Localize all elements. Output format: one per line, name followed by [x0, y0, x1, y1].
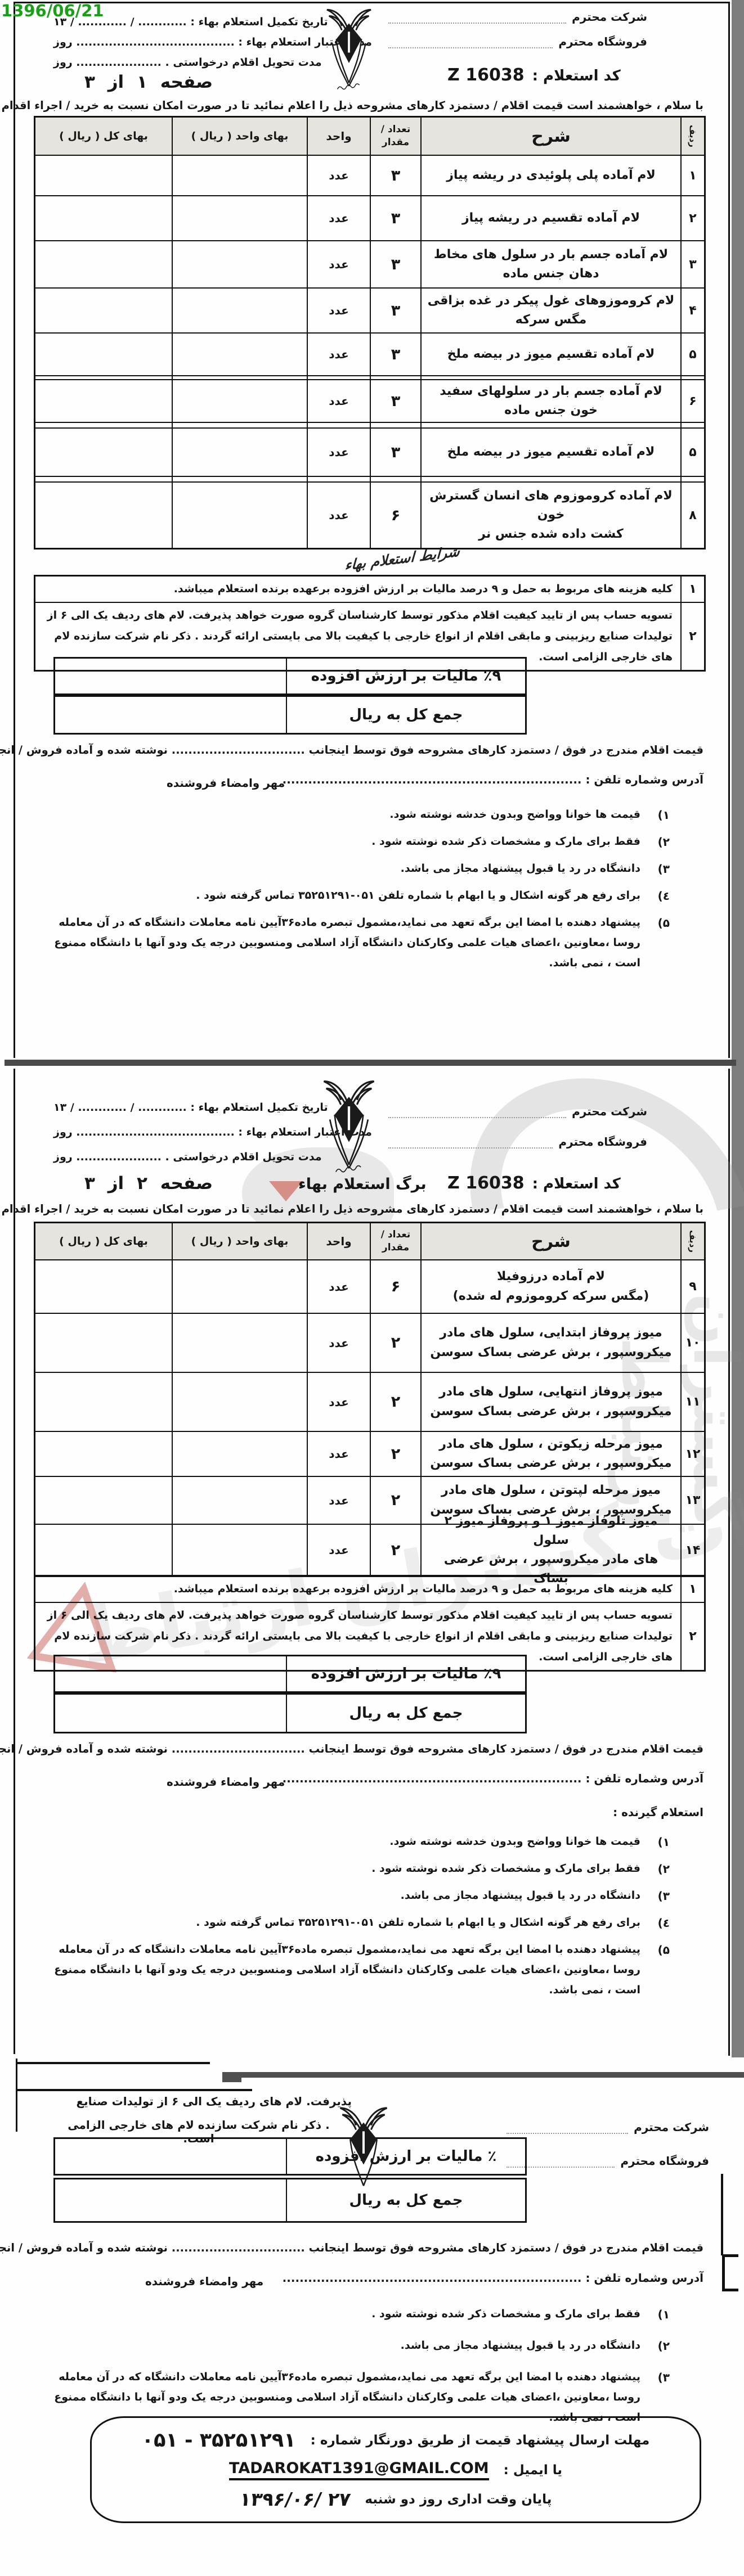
scan-border-right-p1 [728, 2, 730, 1058]
vat-box-page1: ٪۹ مالیات بر ارزش افزوده [53, 657, 527, 695]
sheet-title: برگ استعلام بهاء [298, 1176, 427, 1193]
col-unitprice-header: بهای واحد ( ریال ) [172, 1223, 307, 1260]
col-row-header: ردیف [681, 1223, 705, 1260]
inquiry-row: ۴ لام کروموزوهای غول پیکر در غده بزاقی م… [35, 288, 705, 333]
item-qty: ۲ [370, 1524, 421, 1576]
total-amount-blank [55, 2179, 286, 2221]
inquiry-row: ۱۰ میوز پروفاز ابتدایی، سلول های مادر می… [35, 1313, 705, 1372]
item-unit: عدد [307, 1313, 370, 1372]
deadline-fax-line: مهلت ارسال پیشنهاد قیمت از طریق دورنگار … [142, 2429, 649, 2452]
note-number: ۳) [649, 858, 670, 880]
note-text: قیمت ها خوانا وواضح وبدون خدشه نوشته شود… [389, 1831, 640, 1853]
deadline-email-line: یا ایمیل : TADAROKAT1391@GMAIL.COM [229, 2460, 562, 2480]
intro-line: با سلام ، خواهشمند است قیمت اقلام / دستم… [0, 99, 703, 112]
item-unit: عدد [307, 1431, 370, 1476]
note-item: ۱) قیمت ها خوانا وواضح وبدون خدشه نوشته … [389, 804, 670, 826]
vat-label: ٪۹ مالیات بر ارزش افزوده [286, 659, 525, 693]
item-desc: میوز پروفاز ابتدایی، سلول های مادر میکرو… [421, 1313, 681, 1372]
item-qty: ۶ [370, 1260, 421, 1313]
item-unit: عدد [307, 1260, 370, 1313]
item-totalprice-blank [35, 1431, 172, 1476]
inquiry-row: ۵ لام آماده تقسیم میوز در بیضه ملخ ۳ عدد [35, 428, 705, 476]
note-text: فقط برای مارک و مشخصات ذکر شده نوشته شود… [371, 2304, 640, 2325]
item-desc: میوز مرحله زیکوتن ، سلول های مادر میکروس… [421, 1431, 681, 1476]
table-header-row: ردیف شرح تعداد / مقدار واحد بهای واحد ( … [35, 117, 705, 155]
items-table-page2: ردیف شرح تعداد / مقدار واحد بهای واحد ( … [34, 1222, 706, 1577]
note-number: ۵) [649, 912, 670, 973]
spacer-row [35, 376, 705, 380]
table-header-row: ردیف شرح تعداد / مقدار واحد بهای واحد ( … [35, 1223, 705, 1260]
item-no: ۱۱ [681, 1372, 705, 1431]
item-desc: لام آماده درزوفیلا (مگس سرکه کروموزوم له… [421, 1260, 681, 1313]
item-no: ۴ [681, 288, 705, 333]
note-number: ۲) [649, 831, 670, 853]
inquiry-code-line: کد استعلام : Z 16038 [447, 1173, 621, 1193]
item-desc: لام آماده تقسیم میوز در بیضه ملخ [421, 333, 681, 376]
item-totalprice-blank [35, 1524, 172, 1576]
item-unitprice-blank [172, 428, 307, 476]
inquiry-code-label: کد استعلام : [532, 1176, 621, 1192]
item-totalprice-blank [35, 196, 172, 241]
item-no: ۱۴ [681, 1524, 705, 1576]
inquiry-code-label: کد استعلام : [532, 67, 621, 84]
note-item: ٤) برای رفع هر گونه اشکال و یا ابهام با … [196, 885, 670, 907]
col-desc-header: شرح [421, 117, 681, 155]
company-label: شرکت محترم [572, 1105, 647, 1118]
scan-vline-artifact [721, 2174, 723, 2255]
total-amount-blank [55, 1695, 286, 1732]
store-line: فروشگاه محترم [388, 1135, 647, 1149]
note-number: ۲) [649, 1858, 670, 1880]
condition-no: ۱ [681, 576, 705, 602]
note-text: پیشنهاد دهنده با امضا این برگه تعهد می ن… [48, 1939, 640, 2000]
condition-no: ۱ [681, 1576, 705, 1602]
item-unitprice-blank [172, 288, 307, 333]
item-unit: عدد [307, 1524, 370, 1576]
note-item: ٤) برای رفع هر گونه اشکال و یا ابهام با … [196, 1912, 670, 1934]
inquiry-row: ۱۱ میوز پروفاز انتهایی، سلول های مادر می… [35, 1372, 705, 1431]
note-number: ۱) [649, 1831, 670, 1853]
item-desc: لام آماده پلی پلوئیدی در ریشه پیاز [421, 155, 681, 196]
total-box-page3: جمع کل به ریال [53, 2178, 527, 2223]
note-text: فقط برای مارک و مشخصات ذکر شده نوشته شود… [371, 831, 640, 853]
item-no: ۶ [681, 380, 705, 422]
condition-fragment-line: پذیرفت. لام های ردیف یک الی ۶ از تولیدات… [53, 2095, 352, 2108]
note-item: ۵) پیشنهاد دهنده با امضا این برگه تعهد م… [48, 1939, 670, 2000]
item-unit: عدد [307, 482, 370, 548]
condition-row: ۱ کلیه هزینه های مربوط به حمل و ۹ درصد م… [35, 1576, 705, 1602]
note-text: برای رفع هر گونه اشکال و یا ابهام با شما… [196, 1912, 640, 1934]
item-no: ۵ [681, 428, 705, 476]
note-item: ۲) فقط برای مارک و مشخصات ذکر شده نوشته … [371, 831, 670, 853]
inquiry-code-value: Z 16038 [447, 65, 525, 85]
item-totalprice-blank [35, 333, 172, 376]
note-text: پیشنهاد دهنده با امضا این برگه تعهد می ن… [48, 912, 640, 973]
item-qty: ۳ [370, 380, 421, 422]
inquiry-row: ۱ لام آماده پلی پلوئیدی در ریشه پیاز ۳ ع… [35, 155, 705, 196]
note-item: ۳) دانشگاه در رد یا قبول پیشنهاد مجاز می… [401, 1885, 670, 1907]
inquiry-row: ۲ لام آماده تقسیم در ریشه پیاز ۳ عدد [35, 196, 705, 241]
vat-label: ٪۹ مالیات بر ارزش افزوده [286, 1656, 525, 1691]
item-unit: عدد [307, 1476, 370, 1524]
note-item: ۱) فقط برای مارک و مشخصات ذکر شده نوشته … [371, 2304, 670, 2325]
seller-seal-label: مهر وامضاء فروشنده [167, 1775, 285, 1789]
note-number: ۵) [649, 1939, 670, 2000]
item-qty: ۳ [370, 333, 421, 376]
item-unit: عدد [307, 288, 370, 333]
scan-bracket-artifact [722, 2254, 738, 2291]
deadline-box: مهلت ارسال پیشنهاد قیمت از طریق دورنگار … [90, 2416, 701, 2523]
item-unitprice-blank [172, 1476, 307, 1524]
note-text: دانشگاه در رد یا قبول پیشنهاد مجاز می با… [401, 1885, 640, 1907]
page-number-label: صفحه ۲ از ۳ [84, 1173, 213, 1194]
item-unit: عدد [307, 241, 370, 288]
note-text: برای رفع هر گونه اشکال و یا ابهام با شما… [196, 885, 640, 907]
deadline-fax-label: مهلت ارسال پیشنهاد قیمت از طریق دورنگار … [311, 2433, 650, 2448]
address-line: آدرس وشماره تلفن : .....................… [283, 773, 703, 786]
condition-text: کلیه هزینه های مربوط به حمل و ۹ درصد مال… [35, 1576, 681, 1602]
item-unitprice-blank [172, 1260, 307, 1313]
item-totalprice-blank [35, 428, 172, 476]
scan-bar-step-artifact [222, 2072, 241, 2082]
item-totalprice-blank [35, 155, 172, 196]
confirm-line: قیمت اقلام مندرج در فوق / دستمزد کارهای … [0, 1742, 703, 1755]
item-desc: لام آماده تقسیم در ریشه پیاز [421, 196, 681, 241]
deadline-email-label: یا ایمیل : [504, 2463, 562, 2478]
date-complete-line: تاریخ تکمیل استعلام بهاء : ............ … [53, 16, 328, 28]
store-label: فروشگاه محترم [558, 1135, 647, 1149]
item-desc: میوز تلوفاز میوز ۱ و پروفاز میوز ۲ سلول … [421, 1524, 681, 1576]
inquiry-row: ۳ لام آماده جسم بار در سلول های مخاط دها… [35, 241, 705, 288]
inquiry-row: ۱۲ میوز مرحله زیکوتن ، سلول های مادر میک… [35, 1431, 705, 1476]
scan-border-left-p2 [14, 1069, 15, 2054]
total-box-page2: جمع کل به ریال [53, 1693, 527, 1733]
company-label: شرکت محترم [634, 2120, 709, 2134]
col-unit-header: واحد [307, 117, 370, 155]
inquiry-row: ۶ لام آماده جسم بار در سلولهای سفید خون … [35, 380, 705, 422]
item-qty: ۳ [370, 155, 421, 196]
confirm-line: قیمت اقلام مندرج در فوق / دستمزد کارهای … [0, 744, 703, 756]
spacer-row [35, 476, 705, 482]
deadline-date-value: ۱۳۹۶/۰۶/ ۲۷ [238, 2488, 352, 2510]
company-blank-field [388, 1109, 566, 1118]
watermark-red-tip-icon [269, 1181, 303, 1201]
item-no: ۹ [681, 1260, 705, 1313]
col-qty-header: تعداد / مقدار [370, 1223, 421, 1260]
item-totalprice-blank [35, 1313, 172, 1372]
total-label: جمع کل به ریال [286, 2179, 525, 2221]
item-totalprice-blank [35, 1260, 172, 1313]
item-qty: ۲ [370, 1431, 421, 1476]
scan-border-left-p3 [16, 2059, 17, 2132]
intro-line: با سلام ، خواهشمند است قیمت اقلام / دستم… [0, 1203, 703, 1215]
col-desc-header: شرح [421, 1223, 681, 1260]
note-text: دانشگاه در رد یا قبول پیشنهاد مجاز می با… [401, 2335, 640, 2357]
note-number: ٤) [649, 1912, 670, 1934]
delivery-line: مدت تحویل اقلام درخواستی . .............… [53, 56, 322, 69]
item-unitprice-blank [172, 1524, 307, 1576]
item-unitprice-blank [172, 196, 307, 241]
scanned-inquiry-document: 1396/06/21 شرکت محترم فروشگاه محترم [0, 0, 744, 2576]
spacer-row [35, 422, 705, 428]
item-no: ۳ [681, 241, 705, 288]
store-blank-field [388, 1139, 553, 1149]
item-no: ۸ [681, 482, 705, 548]
items-table-page1: ردیف شرح تعداد / مقدار واحد بهای واحد ( … [34, 116, 706, 550]
store-line: فروشگاه محترم [388, 35, 647, 48]
page-number-label: صفحه ۱ از ۳ [84, 72, 213, 92]
address-line: آدرس وشماره تلفن : .....................… [283, 2271, 703, 2285]
item-totalprice-blank [35, 482, 172, 548]
store-label: فروشگاه محترم [620, 2154, 709, 2168]
vat-amount-blank [55, 1656, 286, 1691]
company-label: شرکت محترم [572, 10, 647, 24]
item-unitprice-blank [172, 482, 307, 548]
col-unit-header: واحد [307, 1223, 370, 1260]
item-unitprice-blank [172, 1313, 307, 1372]
item-qty: ۳ [370, 428, 421, 476]
note-item: ۳) دانشگاه در رد یا قبول پیشنهاد مجاز می… [401, 858, 670, 880]
company-blank-field [507, 2124, 628, 2134]
deadline-date-line: پایان وقت اداری روز دو شنبه ۱۳۹۶/۰۶/ ۲۷ [240, 2488, 552, 2510]
store-label: فروشگاه محترم [558, 35, 647, 48]
note-text: فقط برای مارک و مشخصات ذکر شده نوشته شود… [371, 1858, 640, 1880]
item-unit: عدد [307, 428, 370, 476]
item-desc: لام آماده جسم بار در سلولهای سفید خون جن… [421, 380, 681, 422]
item-desc: لام کروموزوهای غول پیکر در غده بزاقی مگس… [421, 288, 681, 333]
inquiry-code-value: Z 16038 [447, 1173, 525, 1193]
note-text: قیمت ها خوانا وواضح وبدون خدشه نوشته شود… [389, 804, 640, 826]
company-line: شرکت محترم [388, 1105, 647, 1118]
item-no: ۱ [681, 155, 705, 196]
item-unit: عدد [307, 333, 370, 376]
item-totalprice-blank [35, 1372, 172, 1431]
item-unitprice-blank [172, 333, 307, 376]
item-totalprice-blank [35, 1476, 172, 1524]
azad-university-logo-icon [318, 1075, 380, 1177]
vat-label: ٪ مالیات بر ارزش افزوده [286, 2139, 525, 2174]
item-unitprice-blank [172, 1372, 307, 1431]
item-unit: عدد [307, 1372, 370, 1431]
item-desc: لام آماده تقسیم میوز در بیضه ملخ [421, 428, 681, 476]
condition-no: ۲ [681, 602, 705, 670]
inquiry-row: ۸ لام آماده کروموزوم های انسان گسترش خون… [35, 482, 705, 548]
note-item: ۲) دانشگاه در رد یا قبول پیشنهاد مجاز می… [401, 2335, 670, 2357]
note-item: ۲) فقط برای مارک و مشخصات ذکر شده نوشته … [371, 1858, 670, 1880]
azad-university-logo-icon [335, 2102, 392, 2197]
scan-line-artifact [16, 2062, 210, 2064]
inquiry-code-line: کد استعلام : Z 16038 [447, 65, 621, 85]
deadline-date-label: پایان وقت اداری روز دو شنبه [365, 2492, 552, 2507]
col-row-header: ردیف [681, 117, 705, 155]
item-desc: میوز پروفاز انتهایی، سلول های مادر میکرو… [421, 1372, 681, 1431]
note-number: ۱) [649, 804, 670, 826]
inquiry-row: ۹ لام آماده درزوفیلا (مگس سرکه کروموزوم … [35, 1260, 705, 1313]
item-qty: ۲ [370, 1313, 421, 1372]
note-number: ۳) [649, 1885, 670, 1907]
company-line: شرکت محترم [507, 2120, 709, 2134]
item-qty: ۲ [370, 1476, 421, 1524]
store-blank-field [388, 39, 553, 48]
item-no: ۵ [681, 333, 705, 376]
item-qty: ۳ [370, 196, 421, 241]
delivery-line: مدت تحویل اقلام درخواستی . .............… [53, 1151, 322, 1163]
scan-bar-artifact [222, 2072, 744, 2078]
item-qty: ۳ [370, 241, 421, 288]
item-no: ۱۳ [681, 1476, 705, 1524]
scan-border-top [14, 2, 729, 3]
total-label: جمع کل به ریال [286, 1695, 525, 1732]
inquiry-row: ۵ لام آماده تقسیم میوز در بیضه ملخ ۳ عدد [35, 333, 705, 376]
deadline-email-address: TADAROKAT1391@GMAIL.COM [229, 2460, 489, 2480]
item-unit: عدد [307, 380, 370, 422]
date-complete-line: تاریخ تکمیل استعلام بهاء : ............ … [53, 1101, 328, 1114]
seller-seal-label: مهر وامضاء فروشنده [145, 2275, 263, 2288]
item-unit: عدد [307, 196, 370, 241]
azad-university-logo-icon [322, 4, 376, 93]
item-no: ۲ [681, 196, 705, 241]
item-unitprice-blank [172, 241, 307, 288]
deadline-fax-number: ۰۵۱ - ۳۵۲۵۱۲۹۱ [142, 2429, 296, 2452]
item-unitprice-blank [172, 155, 307, 196]
vat-box-page3: ٪ مالیات بر ارزش افزوده [53, 2137, 527, 2176]
item-totalprice-blank [35, 288, 172, 333]
item-qty: ۲ [370, 1372, 421, 1431]
item-qty: ۳ [370, 288, 421, 333]
scan-edge-strip [732, 0, 744, 2057]
address-line: آدرس وشماره تلفن : .....................… [283, 1772, 703, 1785]
company-line: شرکت محترم [388, 10, 647, 24]
confirm-line: قیمت اقلام مندرج در فوق / دستمزد کارهای … [0, 2241, 703, 2254]
item-unitprice-blank [172, 1431, 307, 1476]
scan-line-artifact [16, 2089, 252, 2091]
item-totalprice-blank [35, 380, 172, 422]
item-unit: عدد [307, 155, 370, 196]
note-item: ۱) قیمت ها خوانا وواضح وبدون خدشه نوشته … [389, 1831, 670, 1853]
condition-text: کلیه هزینه های مربوط به حمل و ۹ درصد مال… [35, 576, 681, 602]
scan-border-left-p1 [14, 2, 15, 1058]
vat-amount-blank [55, 659, 286, 693]
total-box-page1: جمع کل به ریال [53, 695, 527, 735]
total-label: جمع کل به ریال [286, 697, 525, 733]
item-desc: لام آماده جسم بار در سلول های مخاط دهان … [421, 241, 681, 288]
col-unitprice-header: بهای واحد ( ریال ) [172, 117, 307, 155]
condition-row: ۱ کلیه هزینه های مربوط به حمل و ۹ درصد م… [35, 576, 705, 602]
item-no: ۱۲ [681, 1431, 705, 1476]
note-number: ٤) [649, 885, 670, 907]
item-totalprice-blank [35, 241, 172, 288]
item-unitprice-blank [172, 380, 307, 422]
inquiry-receiver-label: استعلام گیرنده : [613, 1805, 703, 1819]
note-number: ۲) [649, 2335, 670, 2357]
condition-no: ۲ [681, 1602, 705, 1670]
col-totalprice-header: بهای کل ( ریال ) [35, 1223, 172, 1260]
note-number: ۱) [649, 2304, 670, 2325]
inquiry-row: ۱۴ میوز تلوفاز میوز ۱ و پروفاز میوز ۲ سل… [35, 1524, 705, 1576]
item-desc: لام آماده کروموزوم های انسان گسترش خون ک… [421, 482, 681, 548]
company-blank-field [388, 14, 566, 24]
store-line: فروشگاه محترم [507, 2154, 709, 2168]
total-amount-blank [55, 697, 286, 733]
page-separator-bar [5, 1060, 736, 1066]
note-text: دانشگاه در رد یا قبول پیشنهاد مجاز می با… [401, 858, 640, 880]
item-qty: ۶ [370, 482, 421, 548]
item-no: ۱۰ [681, 1313, 705, 1372]
seller-seal-label: مهر وامضاء فروشنده [167, 776, 285, 790]
note-item: ۵) پیشنهاد دهنده با امضا این برگه تعهد م… [48, 912, 670, 973]
vat-amount-blank [55, 2139, 286, 2174]
col-qty-header: تعداد / مقدار [370, 117, 421, 155]
col-totalprice-header: بهای کل ( ریال ) [35, 117, 172, 155]
vat-box-page2: ٪۹ مالیات بر ارزش افزوده [53, 1655, 527, 1693]
